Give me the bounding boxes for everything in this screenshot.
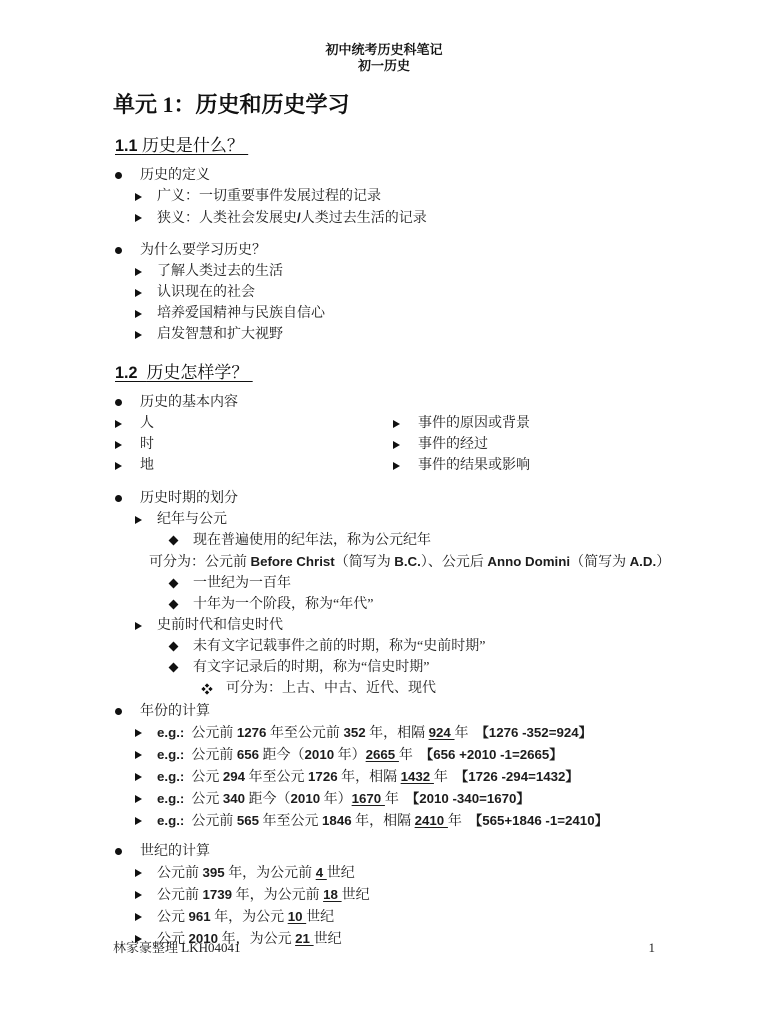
text-run: 距今（ xyxy=(245,792,291,807)
disc-bullet-icon xyxy=(115,701,140,722)
arrow-bullet-icon xyxy=(135,186,157,207)
bullet-item: 公元前 1739 年，为公元前 18 世纪 xyxy=(115,884,655,906)
bullet-text: 未有文字记载事件之前的时期，称为“史前时期” xyxy=(193,636,485,657)
text-run: 4 xyxy=(316,865,327,880)
bullet-item: 可分为：上古、中古、近代、现代 xyxy=(115,678,655,699)
text-run: 公元前 xyxy=(184,814,237,829)
text-run: e.g.: xyxy=(157,791,184,806)
bullet-item: 认识现在的社会 xyxy=(115,282,655,303)
bullet-item: 为什么要学习历史？ xyxy=(115,240,655,261)
bullet-text: 了解人类过去的生活 xyxy=(157,261,283,282)
bullet-text: 公元前 395 年，为公元前 4 世纪 xyxy=(157,862,355,884)
right-column: 事件的原因或背景事件的经过事件的结果或影响 xyxy=(393,413,655,476)
arrow-bullet-icon xyxy=(135,906,157,927)
bullet-text: e.g.: 公元 340 距今（2010 年）1670 年 【2010 -340… xyxy=(157,788,530,810)
text-run: 【565+1846 -1=2410】 xyxy=(469,813,608,828)
text-run: 世纪 xyxy=(327,866,355,881)
arrow-bullet-icon xyxy=(135,862,157,883)
arrow-bullet-icon xyxy=(135,722,157,743)
header-line-2: 初一历史 xyxy=(0,58,768,74)
disc-bullet-icon xyxy=(115,240,140,261)
text-run: 1.1 xyxy=(115,137,142,155)
text-run: 18 xyxy=(323,887,342,902)
bullet-text: 一世纪为一百年 xyxy=(193,573,291,594)
bullet-item: 地 xyxy=(115,455,393,476)
text-run: 历史时期的划分 xyxy=(140,491,238,506)
text-run: 年，为公元前 xyxy=(225,866,316,881)
footer-author: 林家豪整理 LKH04041 xyxy=(113,940,240,956)
text-run: 年，相隔 xyxy=(338,770,401,785)
text-run: 事件的经过 xyxy=(418,437,488,452)
text-run: 历史怎样学？ xyxy=(146,363,252,382)
text-run: A.D. xyxy=(630,554,657,569)
bullet-item: 纪年与公元 xyxy=(115,509,655,530)
bullet-text: 地 xyxy=(140,455,154,476)
text-run: 年 xyxy=(455,726,476,741)
text-run: 【2010 -340=1670】 xyxy=(406,791,530,806)
text-run: 年） xyxy=(334,748,366,763)
bullet-item: 广义：一切重要事件发展过程的记录 xyxy=(115,186,655,207)
text-run: 565 xyxy=(237,813,259,828)
four-diamond-bullet-icon xyxy=(203,678,226,699)
text-run: 纪年与公元 xyxy=(157,512,227,527)
bullet-text: 可分为：公元前 Before Christ（简写为 B.C.）、公元后 Anno… xyxy=(149,551,670,573)
bullet-text: 有文字记录后的时期，称为“信史时期” xyxy=(193,657,429,678)
bullet-text: 纪年与公元 xyxy=(157,509,227,530)
text-run: 公元前 xyxy=(157,888,203,903)
text-run: 【1276 -352=924】 xyxy=(476,725,592,740)
text-run: 【1726 -294=1432】 xyxy=(455,769,579,784)
bullet-text: 启发智慧和扩大视野 xyxy=(157,324,283,345)
text-run: 培养爱国精神与民族自信心 xyxy=(157,306,325,321)
bullet-item: 时 xyxy=(115,434,393,455)
bullet-text: e.g.: 公元前 1276 年至公元前 352 年，相隔 924 年 【127… xyxy=(157,722,592,744)
text-run: 1846 xyxy=(322,813,352,828)
text-run: 历史的定义 xyxy=(140,168,210,183)
text-run: 启发智慧和扩大视野 xyxy=(157,327,283,342)
arrow-bullet-icon xyxy=(115,434,140,455)
text-run: 年至公元 xyxy=(245,770,308,785)
text-run: 历史是什么？ xyxy=(142,136,248,155)
arrow-bullet-icon xyxy=(115,413,140,434)
text-run: 公元 xyxy=(157,910,189,925)
disc-bullet-icon xyxy=(115,488,140,509)
bullet-item: 现在普遍使用的纪年法，称为公元纪年 xyxy=(115,530,655,551)
arrow-bullet-icon xyxy=(115,455,140,476)
text-run: 2010 xyxy=(305,747,335,762)
bullet-text: 为什么要学习历史？ xyxy=(140,240,266,261)
document-content: 1.1 历史是什么？ 历史的定义广义：一切重要事件发展过程的记录狭义：人类社会发… xyxy=(113,135,655,950)
text-run: 世纪 xyxy=(306,910,334,925)
bullet-item: e.g.: 公元前 1276 年至公元前 352 年，相隔 924 年 【127… xyxy=(115,722,655,744)
bullet-item: 年份的计算 xyxy=(115,701,655,722)
arrow-bullet-icon xyxy=(135,744,157,765)
bullet-text: 时 xyxy=(140,434,154,455)
text-run: 事件的原因或背景 xyxy=(418,416,530,431)
bullet-text: 狭义：人类社会发展史/人类过去生活的记录 xyxy=(157,207,427,229)
text-run: 公元 xyxy=(184,792,223,807)
bullet-item: 培养爱国精神与民族自信心 xyxy=(115,303,655,324)
text-run: 年份的计算 xyxy=(140,704,210,719)
bullet-text: 广义：一切重要事件发展过程的记录 xyxy=(157,186,381,207)
disc-bullet-icon xyxy=(115,165,140,186)
text-run: 公元前 xyxy=(157,866,203,881)
bullet-item: 一世纪为一百年 xyxy=(115,573,655,594)
text-run: 年，为公元 xyxy=(211,910,288,925)
document-page: 初中统考历史科笔记 初一历史 单元 1：历史和历史学习 1.1 历史是什么？ 历… xyxy=(0,0,768,1024)
bullet-item: 十年为一个阶段，称为“年代” xyxy=(115,594,655,615)
text-run: Anno Domini xyxy=(487,554,570,569)
bullet-text: 人 xyxy=(140,413,154,434)
arrow-bullet-icon xyxy=(135,766,157,787)
text-run: 有文字记录后的时期，称为“信史时期” xyxy=(193,660,429,675)
text-run: 1670 xyxy=(352,791,385,806)
text-run: 年，相隔 xyxy=(366,726,429,741)
text-run: 年） xyxy=(320,792,352,807)
bullet-item: e.g.: 公元 340 距今（2010 年）1670 年 【2010 -340… xyxy=(115,788,655,810)
text-run: 人类过去生活的记录 xyxy=(301,211,427,226)
text-run: 年 xyxy=(448,814,469,829)
bullet-text: 事件的原因或背景 xyxy=(418,413,530,434)
section-1-2: 1.2 历史怎样学？ xyxy=(115,362,655,384)
bullet-text: 公元 961 年，为公元 10 世纪 xyxy=(157,906,334,928)
unit-title: 单元 1：历史和历史学习 xyxy=(113,92,655,118)
text-run: 现在普遍使用的纪年法，称为公元纪年 xyxy=(193,533,431,548)
text-run: 年至公元前 xyxy=(266,726,343,741)
spacer xyxy=(115,832,655,841)
spacer xyxy=(115,229,655,240)
bullet-text: e.g.: 公元前 565 年至公元 1846 年，相隔 2410 年 【565… xyxy=(157,810,608,832)
bullet-text: 认识现在的社会 xyxy=(157,282,255,303)
text-run: 10 xyxy=(288,909,307,924)
text-run: 924 xyxy=(429,725,455,740)
bullet-item: 可分为：公元前 Before Christ（简写为 B.C.）、公元后 Anno… xyxy=(115,551,655,573)
text-run: 认识现在的社会 xyxy=(157,285,255,300)
text-run: 人 xyxy=(140,416,154,431)
text-run: ）、公元后 xyxy=(421,555,488,570)
header-line-1: 初中统考历史科笔记 xyxy=(0,42,768,58)
text-run: e.g.: xyxy=(157,813,184,828)
arrow-bullet-icon xyxy=(135,303,157,324)
text-run: 狭义：人类社会发展史 xyxy=(157,211,297,226)
bullet-text: 历史时期的划分 xyxy=(140,488,238,509)
bullet-item: 公元 961 年，为公元 10 世纪 xyxy=(115,906,655,928)
arrow-bullet-icon xyxy=(135,282,157,303)
bullet-item: e.g.: 公元前 565 年至公元 1846 年，相隔 2410 年 【565… xyxy=(115,810,655,832)
arrow-bullet-icon xyxy=(135,324,157,345)
text-run: 294 xyxy=(223,769,245,784)
text-run: e.g.: xyxy=(157,725,184,740)
bullet-text: e.g.: 公元前 656 距今（2010 年）2665 年 【656 +201… xyxy=(157,744,563,766)
text-run: ） xyxy=(656,555,670,570)
text-run: 1726 xyxy=(308,769,338,784)
bullet-item: 有文字记录后的时期，称为“信史时期” xyxy=(115,657,655,678)
bullet-item: e.g.: 公元前 656 距今（2010 年）2665 年 【656 +201… xyxy=(115,744,655,766)
text-run: 年至公元 xyxy=(259,814,322,829)
two-column-list: 人时地事件的原因或背景事件的经过事件的结果或影响 xyxy=(115,413,655,476)
text-run: 656 xyxy=(237,747,259,762)
disc-bullet-icon xyxy=(115,841,140,862)
text-run: 历史的基本内容 xyxy=(140,395,238,410)
text-run: e.g.: xyxy=(157,769,184,784)
bullet-item: 史前时代和信史时代 xyxy=(115,615,655,636)
text-run: 世纪的计算 xyxy=(140,844,210,859)
bullet-text: 培养爱国精神与民族自信心 xyxy=(157,303,325,324)
section-1-1: 1.1 历史是什么？ xyxy=(115,135,655,157)
arrow-bullet-icon xyxy=(135,207,157,228)
text-run: Before Christ xyxy=(251,554,335,569)
bullet-item: 历史的基本内容 xyxy=(115,392,655,413)
text-run: 可分为：上古、中古、近代、现代 xyxy=(226,681,436,696)
diamond-bullet-icon xyxy=(170,573,193,594)
text-run: 2665 xyxy=(366,747,399,762)
diamond-bullet-icon xyxy=(170,530,193,551)
bullet-item: 事件的经过 xyxy=(393,434,655,455)
text-run: 史前时代和信史时代 xyxy=(157,618,283,633)
bullet-text: 世纪的计算 xyxy=(140,841,210,862)
text-run: 世纪 xyxy=(342,888,370,903)
text-run: B.C. xyxy=(394,554,421,569)
text-run: 地 xyxy=(140,458,154,473)
text-run: 1276 xyxy=(237,725,267,740)
bullet-text: 公元前 1739 年，为公元前 18 世纪 xyxy=(157,884,370,906)
arrow-bullet-icon xyxy=(135,810,157,831)
text-run: 1739 xyxy=(203,887,233,902)
diamond-bullet-icon xyxy=(170,594,193,615)
text-run: 十年为一个阶段，称为“年代” xyxy=(193,597,373,612)
text-run: 距今（ xyxy=(259,748,305,763)
bullet-item: 事件的原因或背景 xyxy=(393,413,655,434)
bullet-item: 事件的结果或影响 xyxy=(393,455,655,476)
page-header: 初中统考历史科笔记 初一历史 xyxy=(0,0,768,74)
bullet-text: 历史的基本内容 xyxy=(140,392,238,413)
bullet-text: e.g.: 公元 294 年至公元 1726 年，相隔 1432 年 【1726… xyxy=(157,766,579,788)
text-run: 年，为公元前 xyxy=(232,888,323,903)
page-footer: 林家豪整理 LKH04041 1 xyxy=(113,940,655,956)
text-run: 为什么要学习历史？ xyxy=(140,243,266,258)
text-run: 年 xyxy=(434,770,455,785)
bullet-item: 启发智慧和扩大视野 xyxy=(115,324,655,345)
text-run: 了解人类过去的生活 xyxy=(157,264,283,279)
arrow-bullet-icon xyxy=(135,788,157,809)
bullet-text: 事件的经过 xyxy=(418,434,488,455)
text-run: e.g.: xyxy=(157,747,184,762)
arrow-bullet-icon xyxy=(393,413,418,434)
bullet-item: 历史时期的划分 xyxy=(115,488,655,509)
disc-bullet-icon xyxy=(115,392,140,413)
bullet-text: 年份的计算 xyxy=(140,701,210,722)
bullet-text: 历史的定义 xyxy=(140,165,210,186)
text-run: 时 xyxy=(140,437,154,452)
bullet-text: 史前时代和信史时代 xyxy=(157,615,283,636)
bullet-text: 现在普遍使用的纪年法，称为公元纪年 xyxy=(193,530,431,551)
footer-page-number: 1 xyxy=(649,940,656,956)
bullet-item: 未有文字记载事件之前的时期，称为“史前时期” xyxy=(115,636,655,657)
bullet-item: 公元前 395 年，为公元前 4 世纪 xyxy=(115,862,655,884)
text-run: 961 xyxy=(189,909,211,924)
arrow-bullet-icon xyxy=(135,884,157,905)
text-run: 1.2 xyxy=(115,364,146,382)
bullet-text: 事件的结果或影响 xyxy=(418,455,530,476)
arrow-bullet-icon xyxy=(135,261,157,282)
text-run: 395 xyxy=(203,865,225,880)
text-run: 年 xyxy=(385,792,406,807)
text-run: 年 xyxy=(399,748,420,763)
arrow-bullet-icon xyxy=(135,615,157,636)
arrow-bullet-icon xyxy=(135,509,157,530)
bullet-item: 人 xyxy=(115,413,393,434)
diamond-bullet-icon xyxy=(170,657,193,678)
bullet-item: 狭义：人类社会发展史/人类过去生活的记录 xyxy=(115,207,655,229)
left-column: 人时地 xyxy=(115,413,393,476)
bullet-item: 世纪的计算 xyxy=(115,841,655,862)
text-run: 公元 xyxy=(184,770,223,785)
text-run: 公元前 xyxy=(184,726,237,741)
text-run: 年，相隔 xyxy=(352,814,415,829)
text-run: 【656 +2010 -1=2665】 xyxy=(420,747,563,762)
bullet-text: 可分为：上古、中古、近代、现代 xyxy=(226,678,436,699)
bullet-text: 十年为一个阶段，称为“年代” xyxy=(193,594,373,615)
text-run: 公元前 xyxy=(184,748,237,763)
text-run: 广义：一切重要事件发展过程的记录 xyxy=(157,189,381,204)
text-run: 340 xyxy=(223,791,245,806)
text-run: 事件的结果或影响 xyxy=(418,458,530,473)
bullet-item: 历史的定义 xyxy=(115,165,655,186)
text-run: （简写为 xyxy=(335,555,395,570)
arrow-bullet-icon xyxy=(393,434,418,455)
bullet-item: 了解人类过去的生活 xyxy=(115,261,655,282)
text-run: 一世纪为一百年 xyxy=(193,576,291,591)
text-run: 1432 xyxy=(401,769,434,784)
text-run: 2010 xyxy=(291,791,321,806)
text-run: 可分为：公元前 xyxy=(149,555,251,570)
bullet-item: e.g.: 公元 294 年至公元 1726 年，相隔 1432 年 【1726… xyxy=(115,766,655,788)
spacer xyxy=(115,476,655,488)
text-run: 352 xyxy=(343,725,365,740)
diamond-bullet-icon xyxy=(170,636,193,657)
arrow-bullet-icon xyxy=(393,455,418,476)
text-run: 2410 xyxy=(415,813,448,828)
text-run: （简写为 xyxy=(570,555,630,570)
text-run: 未有文字记载事件之前的时期，称为“史前时期” xyxy=(193,639,485,654)
